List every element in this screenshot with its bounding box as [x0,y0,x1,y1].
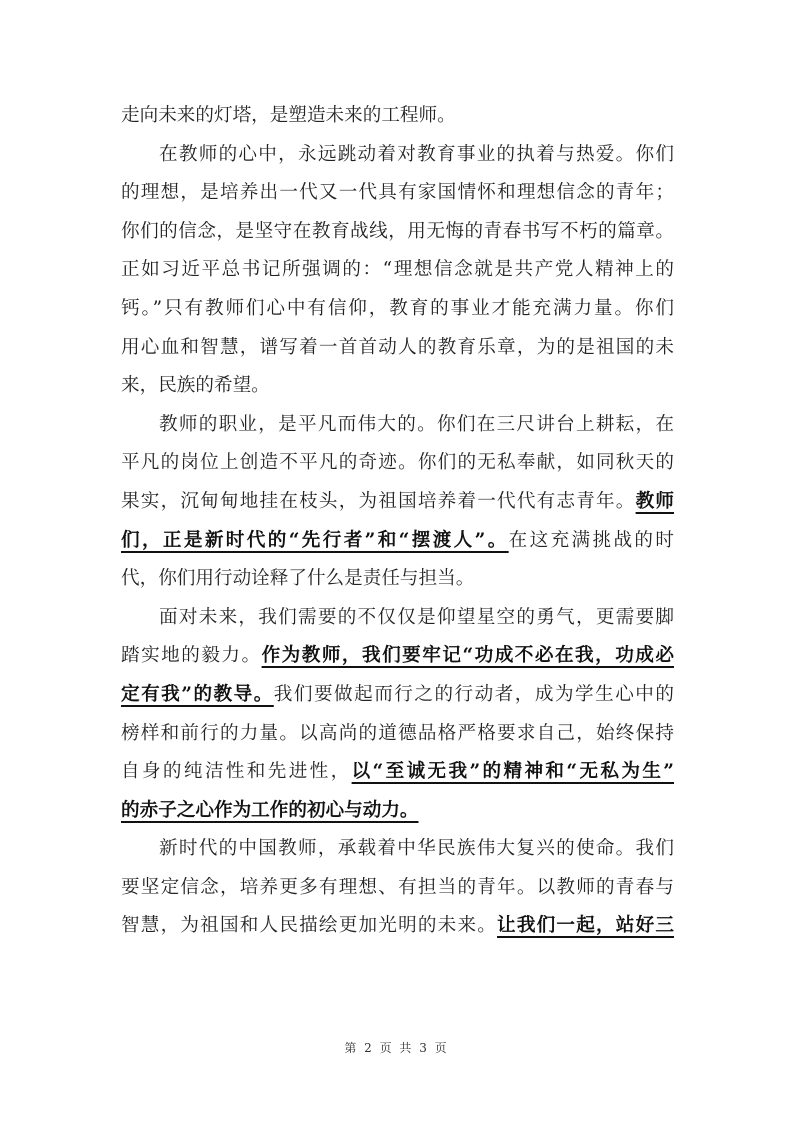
body-text: 榜样和前行的力量。以高尚的道德品格严格要求自己，始终保持 [121,723,674,744]
text-line: 走向未来的灯塔，是塑造未来的工程师。 [121,101,674,140]
underlined-emphasis-text: 以“至诚无我”的精神和“无私为生” [352,761,674,782]
text-line: 自身的纯洁性和先进性，以“至诚无我”的精神和“无私为生” [121,757,674,796]
text-line: 钙。”只有教师们心中有信仰，教育的事业才能充满力量。你们 [121,294,674,333]
underlined-emphasis-text: 的赤子之心作为工作的初心与动力。 [121,800,419,821]
text-line: 用心血和智慧，谱写着一首首动人的教育乐章，为的是祖国的未 [121,333,674,372]
paragraph-first-line: 教师的职业，是平凡而伟大的。你们在三尺讲台上耕耘，在 [121,410,674,449]
paragraph-first-line: 新时代的中国教师，承载着中华民族伟大复兴的使命。我们 [121,834,674,873]
body-text: 教师的职业，是平凡而伟大的。你们在三尺讲台上耕耘，在 [159,414,674,435]
body-text: 要坚定信念，培养更多有理想、有担当的青年。以教师的青春与 [121,877,674,898]
text-line: 踏实地的毅力。作为教师，我们要牢记“功成不必在我，功成必 [121,641,674,680]
text-line: 榜样和前行的力量。以高尚的道德品格严格要求自己，始终保持 [121,719,674,758]
page-number-footer: 第 2 页 共 3 页 [0,1039,793,1056]
body-text: 自身的纯洁性和先进性， [121,761,352,782]
text-line: 定有我”的教导。我们要做起而行之的行动者，成为学生心中的 [121,680,674,719]
text-line: 智慧，为祖国和人民描绘更加光明的未来。让我们一起，站好三 [121,911,674,950]
text-line: 你们的信念，是坚守在教育战线，用无悔的青春书写不朽的篇章。 [121,217,674,256]
body-text: 在教师的心中，永远跳动着对教育事业的执着与热爱。你们 [159,144,674,165]
body-text: 你们的信念，是坚守在教育战线，用无悔的青春书写不朽的篇章。 [121,221,674,242]
body-text: 钙。”只有教师们心中有信仰，教育的事业才能充满力量。你们 [121,298,674,319]
body-text: 面对未来，我们需要的不仅仅是仰望星空的勇气，更需要脚 [159,607,674,628]
text-line: 们，正是新时代的“先行者”和“摆渡人”。在这充满挑战的时 [121,526,674,565]
body-text: 代，你们用行动诠释了什么是责任与担当。 [121,568,474,589]
text-line: 的理想，是培养出一代又一代具有家国情怀和理想信念的青年； [121,178,674,217]
text-line: 要坚定信念，培养更多有理想、有担当的青年。以教师的青春与 [121,873,674,912]
body-text: 平凡的岗位上创造不平凡的奇迹。你们的无私奉献，如同秋天的 [121,452,674,473]
body-text: 踏实地的毅力。 [121,645,262,666]
body-text: 我们要做起而行之的行动者，成为学生心中的 [274,684,674,705]
text-line: 平凡的岗位上创造不平凡的奇迹。你们的无私奉献，如同秋天的 [121,448,674,487]
underlined-emphasis-text: 教师 [636,491,674,512]
text-line: 的赤子之心作为工作的初心与动力。 [121,796,674,835]
body-text: 果实，沉甸甸地挂在枝头，为祖国培养着一代代有志青年。 [121,491,636,512]
text-line: 来，民族的希望。 [121,371,674,410]
body-text: 走向未来的灯塔，是塑造未来的工程师。 [121,105,456,126]
text-line: 代，你们用行动诠释了什么是责任与担当。 [121,564,674,603]
body-text: 新时代的中国教师，承载着中华民族伟大复兴的使命。我们 [159,838,674,859]
body-text: 智慧，为祖国和人民描绘更加光明的未来。 [121,915,497,936]
paragraph-first-line: 在教师的心中，永远跳动着对教育事业的执着与热爱。你们 [121,140,674,179]
document-body: 走向未来的灯塔，是塑造未来的工程师。在教师的心中，永远跳动着对教育事业的执着与热… [121,101,674,950]
body-text: 的理想，是培养出一代又一代具有家国情怀和理想信念的青年； [121,182,674,203]
underlined-emphasis-text: 们，正是新时代的“先行者”和“摆渡人”。 [121,530,509,551]
underlined-emphasis-text: 作为教师，我们要牢记“功成不必在我，功成必 [262,645,674,666]
body-text: 用心血和智慧，谱写着一首首动人的教育乐章，为的是祖国的未 [121,337,674,358]
underlined-emphasis-text: 定有我”的教导。 [121,684,274,705]
text-line: 果实，沉甸甸地挂在枝头，为祖国培养着一代代有志青年。教师 [121,487,674,526]
body-text: 在这充满挑战的时 [509,530,674,551]
underlined-emphasis-text: 让我们一起，站好三 [497,915,674,936]
paragraph-first-line: 面对未来，我们需要的不仅仅是仰望星空的勇气，更需要脚 [121,603,674,642]
text-line: 正如习近平总书记所强调的：“理想信念就是共产党人精神上的 [121,255,674,294]
body-text: 来，民族的希望。 [121,375,270,396]
body-text: 正如习近平总书记所强调的：“理想信念就是共产党人精神上的 [121,259,674,280]
